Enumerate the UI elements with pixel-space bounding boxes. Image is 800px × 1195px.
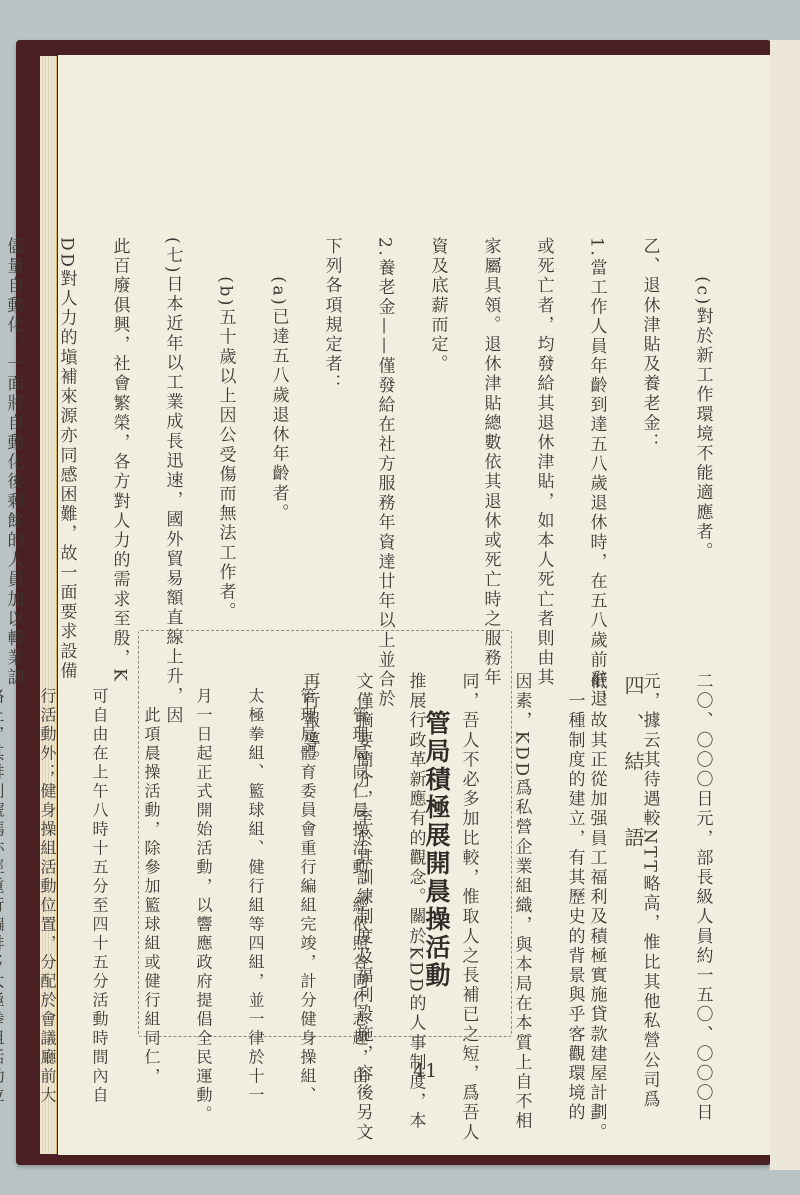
page-number: 41 [413, 1060, 437, 1082]
line: 儘量自動化，一面將自動化後剩餘的人員加以轉業訓 [4, 237, 24, 688]
line: 二〇、〇〇〇日元，部長級人員約一五〇、〇〇〇日 [693, 672, 713, 1123]
line: 資及底薪而定。 [428, 237, 448, 374]
line: 家屬具領。退休津貼總數依其退休或死亡時之服務年 [481, 237, 501, 688]
section-heading-conclusion: 四、結 語 [619, 675, 648, 865]
line: 1.當工作人員年齡到達五八歲退休時，在五八歲前辭退 [587, 237, 607, 709]
line: 或死亡者，均發給其退休津貼，如本人死亡者則由其 [534, 237, 554, 688]
line: DD對人力的塡補來源亦同感困難，故一面要求設備 [57, 237, 77, 681]
line: 行活動外；健身操組活動位置，分配於會議廳前大 [38, 687, 57, 1105]
line: 下列各項規定者： [322, 237, 342, 394]
line: 此項晨操活動，除參加籃球組或健行組同仁， [142, 687, 161, 1086]
line: 一種制度的建立，有其歷史的背景與乎客觀環境的 [565, 672, 585, 1123]
adjacent-page-edge [770, 40, 800, 1170]
line: (b)五十歲以上因公受傷而無法工作者。 [216, 237, 236, 622]
boxed-article-body: 管理局同仁晨操活動，經依照各同仁志趣，由 管理局體育委員會重行編組完竣，計分健身… [0, 655, 398, 1124]
line: (a)已達五八歲退休年齡者。 [269, 237, 289, 523]
line: 月一日起正式開始活動，以響應政府提倡全民運動。 [194, 687, 213, 1124]
heading-retirement: 乙、退休津貼及養老金： [640, 237, 660, 453]
line: 此百廢俱興，社會繁榮，各方對人力的需求至殷，K [110, 237, 130, 684]
line: 路上，其排列號碼亦經重行編排；太極拳組活動位 [0, 687, 5, 1105]
book-page: (c)對於新工作環境不能適應者。 乙、退休津貼及養老金： 1.當工作人員年齡到達… [58, 55, 770, 1155]
line: 可自由在上午八時十五分至四十五分活動時間內自 [90, 687, 109, 1105]
line: 管理局體育委員會重行編組完竣，計分健身操組、 [298, 687, 317, 1105]
boxed-article-title: 管局積極展開晨操活動 [418, 710, 454, 990]
line: 因素，KDD爲私營企業組織，與本局在本質上自不相 [512, 672, 532, 1131]
line-c-clause: (c)對於新工作環境不能適應者。 [693, 237, 713, 562]
line: 太極拳組、籃球組、健行組等四組，並一律於十一 [246, 687, 265, 1105]
line: 管理局同仁晨操活動，經依照各同仁志趣，由 [350, 687, 369, 1086]
